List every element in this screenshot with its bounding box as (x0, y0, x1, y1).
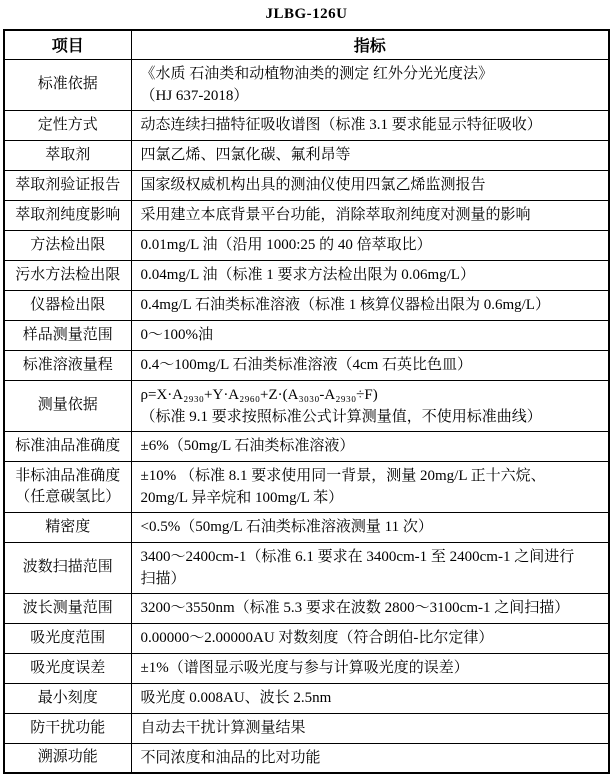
row-label: 测量依据 (4, 380, 131, 431)
row-value: 采用建立本底背景平台功能，消除萃取剂纯度对测量的影响 (131, 200, 609, 230)
table-row: 萃取剂验证报告国家级权威机构出具的测油仪使用四氯乙烯监测报告 (4, 170, 609, 200)
table-row: 波数扫描范围3400～2400cm-1（标准 6.1 要求在 3400cm-1 … (4, 542, 609, 593)
row-value: 0.00000～2.00000AU 对数刻度（符合朗伯-比尔定律） (131, 623, 609, 653)
table-row: 仪器检出限0.4mg/L 石油类标准溶液（标准 1 核算仪器检出限为 0.6mg… (4, 290, 609, 320)
row-label: 定性方式 (4, 110, 131, 140)
table-row: 定性方式动态连续扫描特征吸收谱图（标准 3.1 要求能显示特征吸收） (4, 110, 609, 140)
table-row: 防干扰功能自动去干扰计算测量结果 (4, 713, 609, 743)
row-label: 波长测量范围 (4, 593, 131, 623)
row-value: 动态连续扫描特征吸收谱图（标准 3.1 要求能显示特征吸收） (131, 110, 609, 140)
row-label: 标准油品准确度 (4, 431, 131, 461)
row-value: 3200～3550nm（标准 5.3 要求在波数 2800～3100cm-1 之… (131, 593, 609, 623)
row-label: 方法检出限 (4, 230, 131, 260)
table-row: 标准油品准确度±6%（50mg/L 石油类标准溶液） (4, 431, 609, 461)
row-value: 自动去干扰计算测量结果 (131, 713, 609, 743)
table-row: 精密度<0.5%（50mg/L 石油类标准溶液测量 11 次） (4, 512, 609, 542)
row-label: 仪器检出限 (4, 290, 131, 320)
row-value: ±6%（50mg/L 石油类标准溶液） (131, 431, 609, 461)
table-row: 样品测量范围0～100%油 (4, 320, 609, 350)
table-row: 最小刻度吸光度 0.008AU、波长 2.5nm (4, 683, 609, 713)
table-row: 非标油品准确度 （任意碳氢比）±10% （标准 8.1 要求使用同一背景，测量 … (4, 461, 609, 512)
row-label: 溯源功能 (4, 743, 131, 773)
row-label: 波数扫描范围 (4, 542, 131, 593)
table-row: 方法检出限0.01mg/L 油（沿用 1000:25 的 40 倍萃取比） (4, 230, 609, 260)
row-value: ρ=X·A₂₉₃₀+Y·A₂₉₆₀+Z·(A₃₀₃₀-A₂₉₃₀÷F) （标准 … (131, 380, 609, 431)
row-value: 0～100%油 (131, 320, 609, 350)
table-row: 萃取剂纯度影响采用建立本底背景平台功能，消除萃取剂纯度对测量的影响 (4, 200, 609, 230)
row-label: 防干扰功能 (4, 713, 131, 743)
row-label: 标准依据 (4, 59, 131, 110)
table-row: 吸光度范围0.00000～2.00000AU 对数刻度（符合朗伯-比尔定律） (4, 623, 609, 653)
document-page: JLBG-126U 项目 指标 标准依据《水质 石油类和动植物油类的测定 红外分… (0, 0, 613, 759)
row-value: 0.4～100mg/L 石油类标准溶液（4cm 石英比色皿） (131, 350, 609, 380)
row-label: 萃取剂纯度影响 (4, 200, 131, 230)
row-label: 精密度 (4, 512, 131, 542)
table-row: 波长测量范围3200～3550nm（标准 5.3 要求在波数 2800～3100… (4, 593, 609, 623)
row-label: 吸光度范围 (4, 623, 131, 653)
spec-table-body: 标准依据《水质 石油类和动植物油类的测定 红外分光光度法》 （HJ 637-20… (4, 59, 609, 773)
row-value: 0.01mg/L 油（沿用 1000:25 的 40 倍萃取比） (131, 230, 609, 260)
row-label: 标准溶液量程 (4, 350, 131, 380)
row-value: <0.5%（50mg/L 石油类标准溶液测量 11 次） (131, 512, 609, 542)
row-value: 《水质 石油类和动植物油类的测定 红外分光光度法》 （HJ 637-2018） (131, 59, 609, 110)
header-row: 项目 指标 (4, 30, 609, 59)
row-value: 吸光度 0.008AU、波长 2.5nm (131, 683, 609, 713)
table-row: 污水方法检出限0.04mg/L 油（标准 1 要求方法检出限为 0.06mg/L… (4, 260, 609, 290)
row-value: 四氯乙烯、四氯化碳、氟利昂等 (131, 140, 609, 170)
row-label: 非标油品准确度 （任意碳氢比） (4, 461, 131, 512)
page-title: JLBG-126U (3, 6, 610, 22)
row-label: 萃取剂 (4, 140, 131, 170)
table-row: 溯源功能不同浓度和油品的比对功能 (4, 743, 609, 773)
row-label: 吸光度误差 (4, 653, 131, 683)
table-row: 标准溶液量程0.4～100mg/L 石油类标准溶液（4cm 石英比色皿） (4, 350, 609, 380)
row-label: 最小刻度 (4, 683, 131, 713)
row-value: 不同浓度和油品的比对功能 (131, 743, 609, 773)
row-value: 3400～2400cm-1（标准 6.1 要求在 3400cm-1 至 2400… (131, 542, 609, 593)
spec-table: 项目 指标 标准依据《水质 石油类和动植物油类的测定 红外分光光度法》 （HJ … (3, 29, 610, 774)
row-value: ±10% （标准 8.1 要求使用同一背景，测量 20mg/L 正十六烷、 20… (131, 461, 609, 512)
row-label: 污水方法检出限 (4, 260, 131, 290)
table-row: 萃取剂四氯乙烯、四氯化碳、氟利昂等 (4, 140, 609, 170)
table-row: 测量依据ρ=X·A₂₉₃₀+Y·A₂₉₆₀+Z·(A₃₀₃₀-A₂₉₃₀÷F) … (4, 380, 609, 431)
row-value: 国家级权威机构出具的测油仪使用四氯乙烯监测报告 (131, 170, 609, 200)
row-value: 0.04mg/L 油（标准 1 要求方法检出限为 0.06mg/L） (131, 260, 609, 290)
column-header-spec: 指标 (131, 30, 609, 59)
table-row: 吸光度误差±1%（谱图显示吸光度与参与计算吸光度的误差） (4, 653, 609, 683)
row-value: ±1%（谱图显示吸光度与参与计算吸光度的误差） (131, 653, 609, 683)
row-value: 0.4mg/L 石油类标准溶液（标准 1 核算仪器检出限为 0.6mg/L） (131, 290, 609, 320)
row-label: 萃取剂验证报告 (4, 170, 131, 200)
column-header-item: 项目 (4, 30, 131, 59)
table-row: 标准依据《水质 石油类和动植物油类的测定 红外分光光度法》 （HJ 637-20… (4, 59, 609, 110)
row-label: 样品测量范围 (4, 320, 131, 350)
